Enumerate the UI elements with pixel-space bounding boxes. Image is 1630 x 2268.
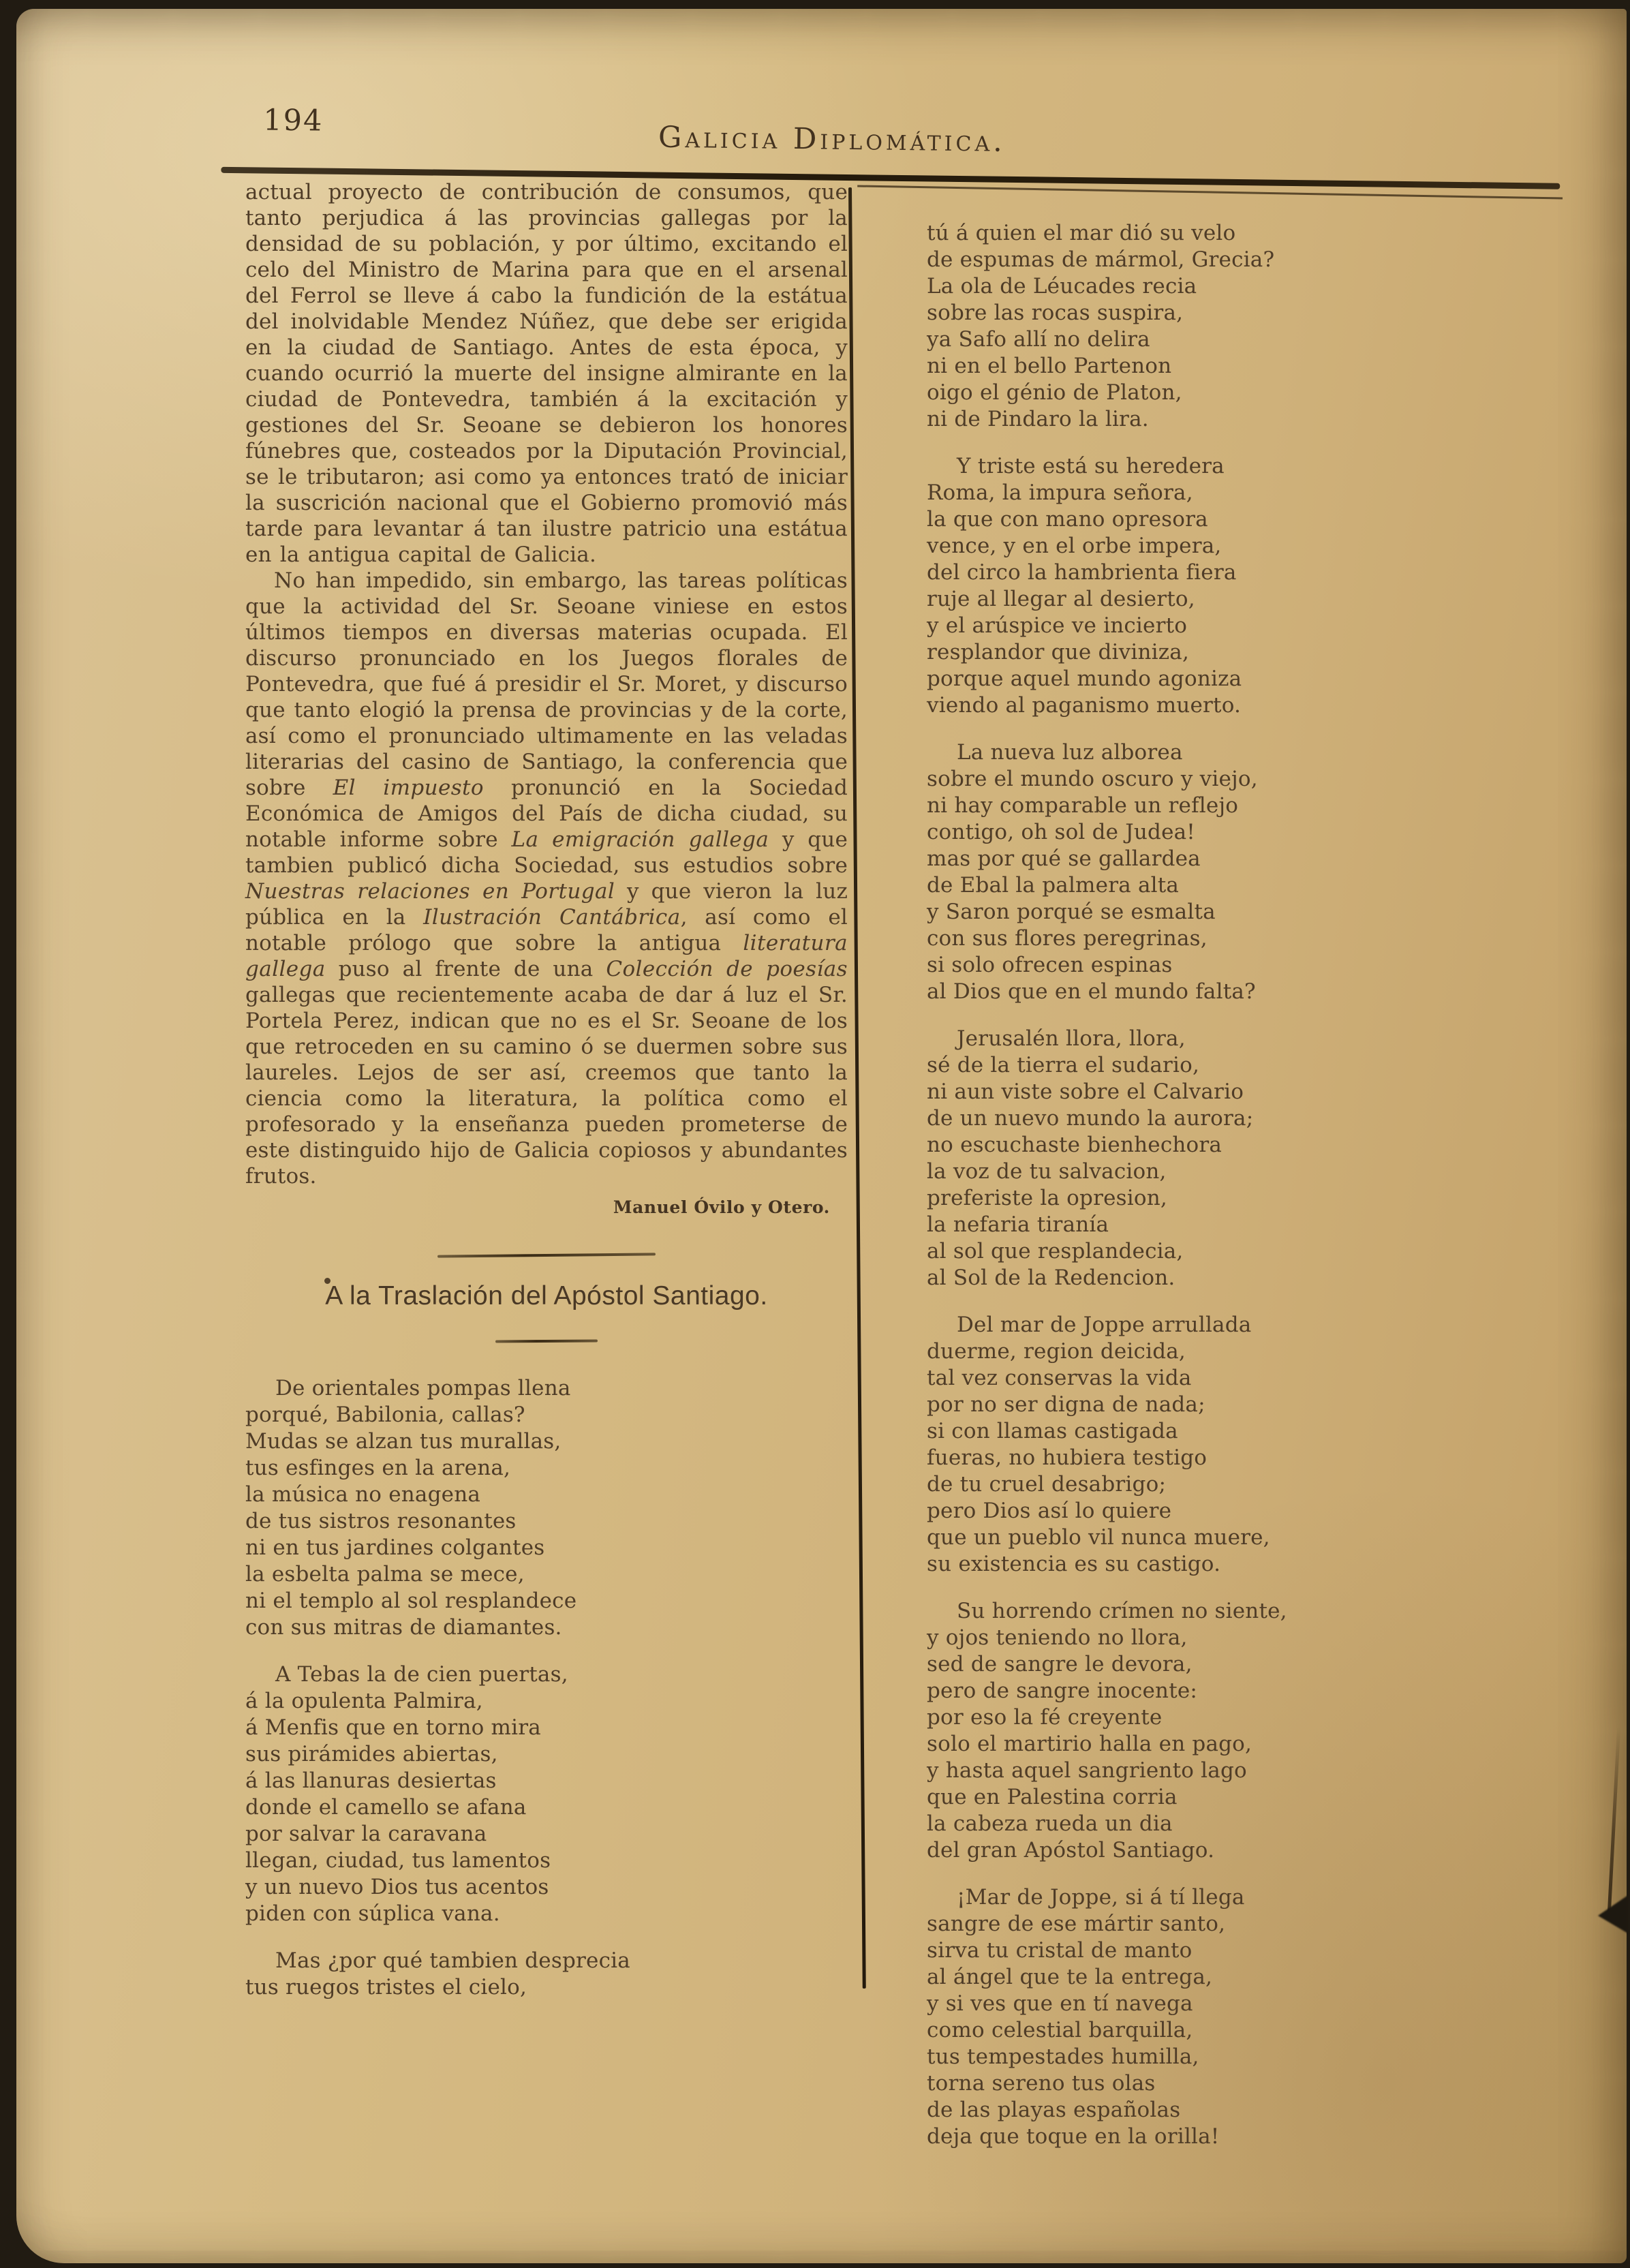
poem-line: mas por qué se gallardea xyxy=(927,846,1486,872)
poem-line: del circo la hambrienta fiera xyxy=(927,560,1486,586)
poem-stanza: ¡Mar de Joppe, si á tí llegasangre de es… xyxy=(927,1884,1486,2150)
article-signature: Manuel Óvilo y Otero. xyxy=(245,1197,848,1217)
poem-line: fueras, no hubiera testigo xyxy=(927,1445,1486,1471)
poem-line: De orientales pompas llena xyxy=(245,1375,848,1402)
poem-line: si solo ofrecen espinas xyxy=(927,952,1486,979)
poem-line: que en Palestina corria xyxy=(927,1784,1486,1811)
poem-line: sobre el mundo oscuro y viejo, xyxy=(927,766,1486,793)
poem-line: al Sol de la Redencion. xyxy=(927,1265,1486,1291)
poem-line: ni en el bello Partenon xyxy=(927,353,1486,380)
poem-line: por no ser digna de nada; xyxy=(927,1392,1486,1418)
article-text: actual proyecto de contribución de consu… xyxy=(245,179,848,1189)
poem-line: de Ebal la palmera alta xyxy=(927,872,1486,899)
poem-line: ni el templo al sol resplandece xyxy=(245,1588,848,1614)
poem-stanza: tú á quien el mar dió su velode espumas … xyxy=(927,220,1486,433)
poem-line: porqué, Babilonia, callas? xyxy=(245,1402,848,1428)
poem-line: y ojos teniendo no llora, xyxy=(927,1625,1486,1651)
poem-line: tus ruegos tristes el cielo, xyxy=(245,1974,848,2001)
poem-line: resplandor que diviniza, xyxy=(927,639,1486,666)
poem-line: como celestial barquilla, xyxy=(927,2017,1486,2044)
poem-line: por eso la fé creyente xyxy=(927,1704,1486,1731)
poem-line: y hasta aquel sangriento lago xyxy=(927,1758,1486,1784)
poem-line: al sol que resplandecia, xyxy=(927,1238,1486,1265)
poem-line: ni hay comparable un reflejo xyxy=(927,793,1486,819)
poem-line: pero de sangre inocente: xyxy=(927,1678,1486,1704)
poem-line: tú á quien el mar dió su velo xyxy=(927,220,1486,247)
poem-line: pero Dios así lo quiere xyxy=(927,1498,1486,1524)
poem-line: á las llanuras desiertas xyxy=(245,1768,848,1794)
poem-line: de las playas españolas xyxy=(927,2097,1486,2124)
poem-line: del gran Apóstol Santiago. xyxy=(927,1837,1486,1864)
page-number: 194 xyxy=(263,104,324,138)
poem-stanza: A Tebas la de cien puertas,á la opulenta… xyxy=(245,1661,848,1927)
poem-title: A la Traslación del Apóstol Santiago. xyxy=(245,1281,848,1311)
poem-line: su existencia es su castigo. xyxy=(927,1551,1486,1578)
poem-line: no escuchaste bienhechora xyxy=(927,1132,1486,1159)
poem-line: Su horrendo crímen no siente, xyxy=(927,1598,1486,1625)
poem-line: vence, y en el orbe impera, xyxy=(927,533,1486,560)
poem-line: tus tempestades humilla, xyxy=(927,2044,1486,2070)
poem-stanza: La nueva luz alboreasobre el mundo oscur… xyxy=(927,739,1486,1005)
poem-line: sed de sangre le devora, xyxy=(927,1651,1486,1678)
ink-spot-artifact xyxy=(324,1278,330,1284)
poem-line: la música no enagena xyxy=(245,1482,848,1508)
poem-line: tus esfinges en la arena, xyxy=(245,1455,848,1482)
poem-line: solo el martirio halla en pago, xyxy=(927,1731,1486,1758)
poem-line: preferiste la opresion, xyxy=(927,1185,1486,1212)
poem-line: La nueva luz alborea xyxy=(927,739,1486,766)
poem-line: ni aun viste sobre el Calvario xyxy=(927,1079,1486,1105)
poem-line: Mas ¿por qué tambien desprecia xyxy=(245,1948,848,1974)
poem-line: y Saron porqué se esmalta xyxy=(927,899,1486,925)
poem-line: la que con mano opresora xyxy=(927,506,1486,533)
article-paragraph: actual proyecto de contribución de consu… xyxy=(245,179,848,568)
poem-line: torna sereno tus olas xyxy=(927,2070,1486,2097)
poem-line: tal vez conservas la vida xyxy=(927,1365,1486,1392)
poem-right-column: tú á quien el mar dió su velode espumas … xyxy=(927,220,1486,2150)
poem-line: sobre las rocas suspira, xyxy=(927,300,1486,326)
poem-line: sus pirámides abiertas, xyxy=(245,1741,848,1768)
poem-line: donde el camello se afana xyxy=(245,1794,848,1821)
poem-line: á Menfis que en torno mira xyxy=(245,1715,848,1741)
poem-line: al Dios que en el mundo falta? xyxy=(927,979,1486,1005)
poem-line: sirva tu cristal de manto xyxy=(927,1937,1486,1964)
poem-line: si con llamas castigada xyxy=(927,1418,1486,1445)
edge-crease-artifact xyxy=(1608,1726,1620,1914)
poem-line: la nefaria tiranía xyxy=(927,1212,1486,1238)
poem-line: deja que toque en la orilla! xyxy=(927,2124,1486,2150)
poem-line: Roma, la impura señora, xyxy=(927,480,1486,506)
poem-line: llegan, ciudad, tus lamentos xyxy=(245,1848,848,1874)
poem-line: Y triste está su heredera xyxy=(927,453,1486,480)
poem-stanza: Jerusalén llora, llora,sé de la tierra e… xyxy=(927,1026,1486,1291)
poem-line: ni de Pindaro la lira. xyxy=(927,406,1486,433)
poem-line: de tu cruel desabrigo; xyxy=(927,1471,1486,1498)
page: 194 Galicia Diplomática. actual proyecto… xyxy=(16,9,1627,2263)
left-column: actual proyecto de contribución de consu… xyxy=(245,179,848,2021)
poem-line: con sus mitras de diamantes. xyxy=(245,1614,848,1641)
poem-line: Jerusalén llora, llora, xyxy=(927,1026,1486,1052)
column-divider xyxy=(848,187,866,1989)
poem-line: la voz de tu salvacion, xyxy=(927,1159,1486,1185)
poem-line: la esbelta palma se mece, xyxy=(245,1561,848,1588)
poem-line: y si ves que en tí navega xyxy=(927,1991,1486,2017)
journal-title: Galicia Diplomática. xyxy=(658,121,1006,159)
poem-line: Del mar de Joppe arrullada xyxy=(927,1312,1486,1338)
poem-line: viendo al paganismo muerto. xyxy=(927,692,1486,719)
poem-line: ¡Mar de Joppe, si á tí llega xyxy=(927,1884,1486,1911)
poem-line: La ola de Léucades recia xyxy=(927,273,1486,300)
poem-line: ni en tus jardines colgantes xyxy=(245,1535,848,1561)
poem-line: sé de la tierra el sudario, xyxy=(927,1052,1486,1079)
poem-line: á la opulenta Palmira, xyxy=(245,1688,848,1715)
poem-line: y un nuevo Dios tus acentos xyxy=(245,1874,848,1901)
poem-line: Mudas se alzan tus murallas, xyxy=(245,1428,848,1455)
article-paragraph: No han impedido, sin embargo, las tareas… xyxy=(245,568,848,1189)
section-divider-rule xyxy=(437,1253,656,1257)
poem-line: de tus sistros resonantes xyxy=(245,1508,848,1535)
poem-line: porque aquel mundo agoniza xyxy=(927,666,1486,692)
poem-line: la cabeza rueda un dia xyxy=(927,1811,1486,1837)
poem-left-column: De orientales pompas llenaporqué, Babilo… xyxy=(245,1375,848,2001)
poem-line: de espumas de mármol, Grecia? xyxy=(927,247,1486,273)
poem-line: piden con súplica vana. xyxy=(245,1901,848,1927)
poem-stanza: Del mar de Joppe arrulladaduerme, region… xyxy=(927,1312,1486,1578)
poem-stanza: De orientales pompas llenaporqué, Babilo… xyxy=(245,1375,848,1641)
scan-background: 194 Galicia Diplomática. actual proyecto… xyxy=(0,0,1630,2268)
poem-line: A Tebas la de cien puertas, xyxy=(245,1661,848,1688)
poem-stanza: Su horrendo crímen no siente,y ojos teni… xyxy=(927,1598,1486,1864)
page-fold-artifact xyxy=(1598,1895,1628,1933)
poem-stanza: Mas ¿por qué tambien despreciatus ruegos… xyxy=(245,1948,848,2001)
poem-line: contigo, oh sol de Judea! xyxy=(927,819,1486,846)
poem-line: ruje al llegar al desierto, xyxy=(927,586,1486,613)
poem-line: oigo el génio de Platon, xyxy=(927,380,1486,406)
poem-line: al ángel que te la entrega, xyxy=(927,1964,1486,1991)
poem-line: sangre de ese mártir santo, xyxy=(927,1911,1486,1937)
poem-line: ya Safo allí no delira xyxy=(927,326,1486,353)
poem-line: con sus flores peregrinas, xyxy=(927,925,1486,952)
poem-stanza: Y triste está su herederaRoma, la impura… xyxy=(927,453,1486,719)
right-column: tú á quien el mar dió su velode espumas … xyxy=(927,187,1486,2171)
poem-line: de un nuevo mundo la aurora; xyxy=(927,1105,1486,1132)
poem-line: y el arúspice ve incierto xyxy=(927,613,1486,639)
poem-line: que un pueblo vil nunca muere, xyxy=(927,1524,1486,1551)
poem-line: duerme, region deicida, xyxy=(927,1338,1486,1365)
poem-title-rule xyxy=(495,1339,598,1343)
poem-line: por salvar la caravana xyxy=(245,1821,848,1848)
